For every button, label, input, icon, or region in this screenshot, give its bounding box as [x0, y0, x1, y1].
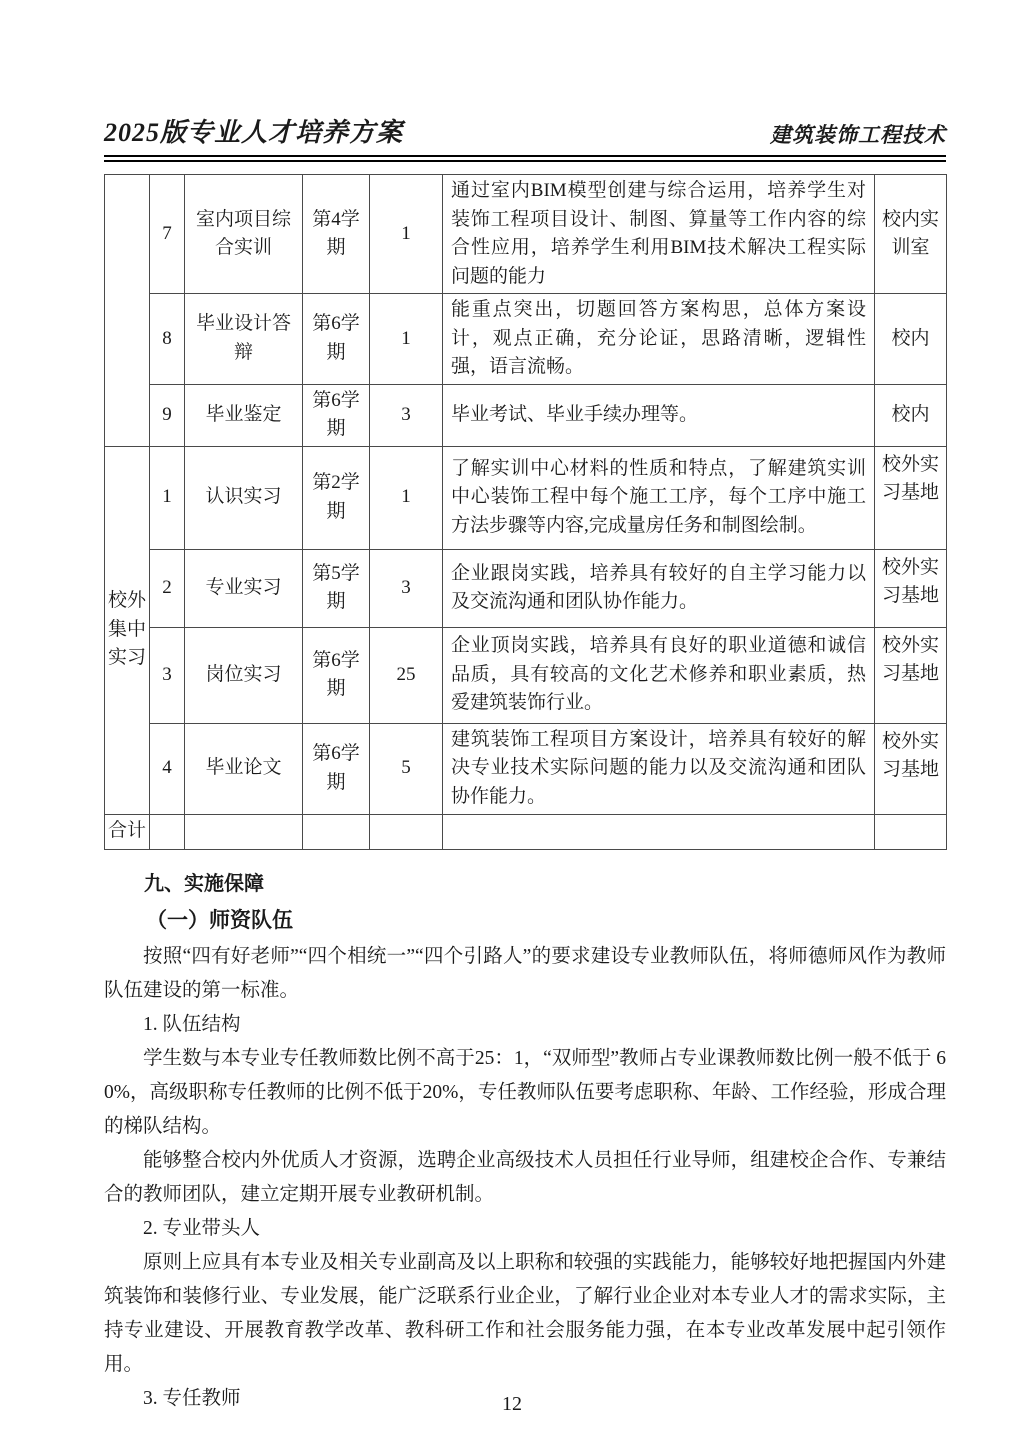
cell-description: 毕业考试、毕业手续办理等。: [443, 384, 875, 446]
header-left-title: 2025版专业人才培养方案: [104, 112, 403, 149]
cell-name: 认识实习: [185, 446, 303, 549]
cell-name: 岗位实习: [185, 627, 303, 723]
cell-name: 专业实习: [185, 549, 303, 627]
cell-name: 室内项目综合实训: [185, 175, 303, 294]
cell-total-label: 合计: [105, 814, 150, 849]
cell-name: 毕业鉴定: [185, 384, 303, 446]
cell-location: 校内: [875, 384, 947, 446]
paragraph: 按照“四有好老师”“四个相统一”“四个引路人”的要求建设专业教师队伍，将师德师风…: [104, 940, 946, 1008]
cell-location: 校内: [875, 294, 947, 385]
table-total-row: 合计: [105, 814, 947, 849]
table-row: 9 毕业鉴定 第6学期 3 毕业考试、毕业手续办理等。 校内: [105, 384, 947, 446]
table-row: 2 专业实习 第5学期 3 企业跟岗实践，培养具有较好的自主学习能力以及交流沟通…: [105, 549, 947, 627]
cell-location: 校外实习基地: [875, 723, 947, 814]
cell-no: 3: [150, 627, 185, 723]
cell-semester: 第5学期: [303, 549, 370, 627]
table-row: 4 毕业论文 第6学期 5 建筑装饰工程项目方案设计，培养具有较好的解决专业技术…: [105, 723, 947, 814]
cell-description: 通过室内BIM模型创建与综合运用，培养学生对装饰工程项目设计、制图、算量等工作内…: [443, 175, 875, 294]
cell-empty: [150, 814, 185, 849]
cell-location: 校外实习基地: [875, 627, 947, 723]
paragraph: 原则上应具有本专业及相关专业副高及以上职称和较强的实践能力，能够较好地把握国内外…: [104, 1246, 946, 1382]
cell-semester: 第6学期: [303, 384, 370, 446]
running-header: 2025版专业人才培养方案 建筑装饰工程技术: [104, 112, 946, 149]
table-row: 8 毕业设计答辩 第6学期 1 能重点突出，切题回答方案构思，总体方案设计，观点…: [105, 294, 947, 385]
page-number: 12: [0, 1393, 1024, 1416]
cell-semester: 第4学期: [303, 175, 370, 294]
cell-semester: 第6学期: [303, 723, 370, 814]
cell-empty: [303, 814, 370, 849]
page-content: 2025版专业人才培养方案 建筑装饰工程技术 7 室内项目综合实训 第4学期 1…: [104, 0, 946, 1416]
cell-name: 毕业论文: [185, 723, 303, 814]
cell-no: 2: [150, 549, 185, 627]
cell-credits: 3: [370, 549, 443, 627]
cell-credits: 3: [370, 384, 443, 446]
cell-semester: 第6学期: [303, 627, 370, 723]
cell-description: 建筑装饰工程项目方案设计，培养具有较好的解决专业技术实际问题的能力以及交流沟通和…: [443, 723, 875, 814]
cell-location: 校内实训室: [875, 175, 947, 294]
table-row: 7 室内项目综合实训 第4学期 1 通过室内BIM模型创建与综合运用，培养学生对…: [105, 175, 947, 294]
cell-credits: 1: [370, 175, 443, 294]
header-right-title: 建筑装饰工程技术: [770, 119, 946, 149]
numbered-heading: 1. 队伍结构: [104, 1008, 946, 1042]
cell-no: 1: [150, 446, 185, 549]
practical-training-table: 7 室内项目综合实训 第4学期 1 通过室内BIM模型创建与综合运用，培养学生对…: [104, 174, 947, 850]
cell-location: 校外实习基地: [875, 446, 947, 549]
body-text: 九、实施保障 （一）师资队伍 按照“四有好老师”“四个相统一”“四个引路人”的要…: [104, 866, 946, 1416]
document-page: 2025版专业人才培养方案 建筑装饰工程技术 7 室内项目综合实训 第4学期 1…: [0, 0, 1024, 1448]
cell-location: 校外实习基地: [875, 549, 947, 627]
cell-semester: 第2学期: [303, 446, 370, 549]
cell-empty: [443, 814, 875, 849]
section-heading: 九、实施保障: [104, 866, 946, 902]
paragraph: 能够整合校内外优质人才资源，选聘企业高级技术人员担任行业导师，组建校企合作、专兼…: [104, 1144, 946, 1212]
cell-credits: 1: [370, 294, 443, 385]
cell-credits: 1: [370, 446, 443, 549]
cell-description: 企业跟岗实践，培养具有较好的自主学习能力以及交流沟通和团队协作能力。: [443, 549, 875, 627]
cell-empty: [185, 814, 303, 849]
cell-credits: 25: [370, 627, 443, 723]
cell-empty: [370, 814, 443, 849]
cell-semester: 第6学期: [303, 294, 370, 385]
group-cell-on-campus: [105, 175, 150, 447]
cell-name: 毕业设计答辩: [185, 294, 303, 385]
cell-no: 9: [150, 384, 185, 446]
table-row: 校外集中实习 1 认识实习 第2学期 1 了解实训中心材料的性质和特点，了解建筑…: [105, 446, 947, 549]
cell-no: 8: [150, 294, 185, 385]
cell-no: 7: [150, 175, 185, 294]
paragraph: 学生数与本专业专任教师数比例不高于25：1，“双师型”教师占专业课教师数比例一般…: [104, 1042, 946, 1144]
header-double-rule: [104, 155, 946, 162]
cell-empty: [875, 814, 947, 849]
table-row: 3 岗位实习 第6学期 25 企业顶岗实践，培养具有良好的职业道德和诚信品质，具…: [105, 627, 947, 723]
cell-no: 4: [150, 723, 185, 814]
cell-credits: 5: [370, 723, 443, 814]
cell-description: 了解实训中心材料的性质和特点，了解建筑实训中心装饰工程中每个施工工序，每个工序中…: [443, 446, 875, 549]
group-cell-off-campus: 校外集中实习: [105, 446, 150, 814]
cell-description: 企业顶岗实践，培养具有良好的职业道德和诚信品质，具有较高的文化艺术修养和职业素质…: [443, 627, 875, 723]
cell-description: 能重点突出，切题回答方案构思，总体方案设计，观点正确，充分论证，思路清晰，逻辑性…: [443, 294, 875, 385]
numbered-heading: 2. 专业带头人: [104, 1212, 946, 1246]
subsection-heading: （一）师资队伍: [104, 902, 946, 940]
